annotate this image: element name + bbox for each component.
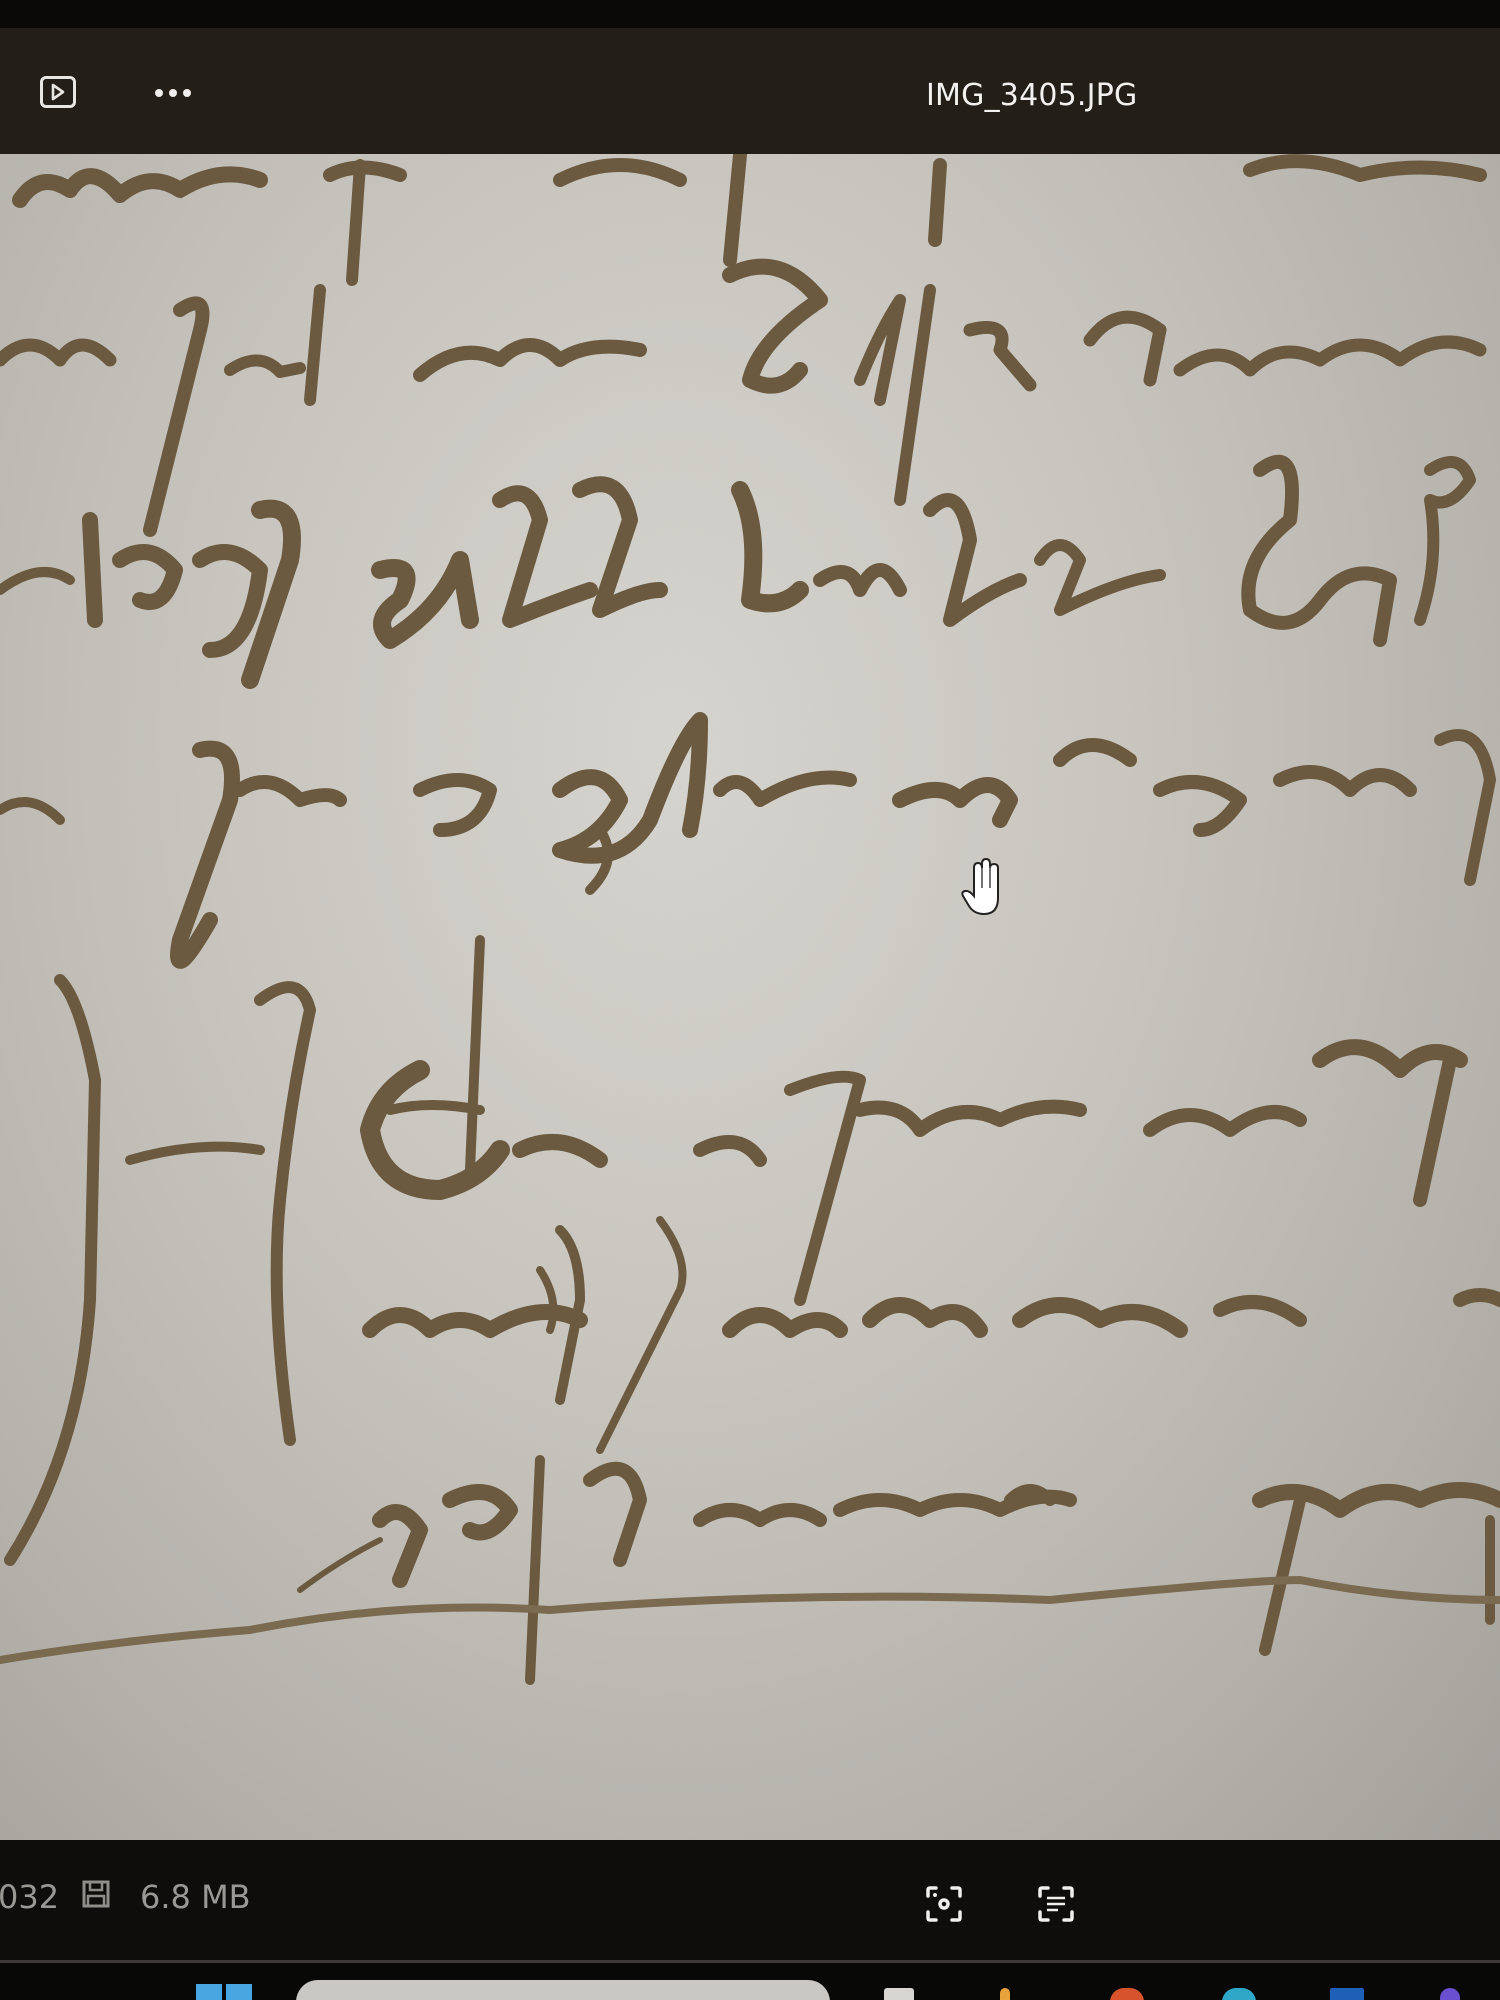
hand-cursor <box>960 858 1006 918</box>
manuscript-image <box>0 154 1500 1840</box>
slideshow-button[interactable] <box>36 72 80 112</box>
taskbar-search-box[interactable] <box>296 1980 830 2000</box>
more-options-icon-dot <box>169 89 177 97</box>
image-canvas[interactable] <box>0 154 1500 1840</box>
file-size: 6.8 MB <box>140 1878 251 1916</box>
scan-text-button[interactable] <box>1034 1884 1078 1924</box>
more-options-button[interactable] <box>148 78 198 108</box>
title-bar <box>0 28 1500 154</box>
taskbar-app-icon[interactable] <box>1000 1988 1010 2000</box>
screen-bezel <box>0 0 1500 28</box>
more-options-icon-dot <box>183 89 191 97</box>
visual-search-button[interactable] <box>922 1884 966 1924</box>
more-options-icon <box>155 89 163 97</box>
scan-text-icon <box>1036 1884 1076 1924</box>
image-dimensions: 032 <box>0 1878 59 1916</box>
windows-start-icon[interactable] <box>196 1984 252 2000</box>
file-name-title: IMG_3405.JPG <box>926 78 1137 113</box>
floppy-disk-icon <box>82 1880 110 1908</box>
taskbar-app-icon[interactable] <box>884 1988 914 2000</box>
slideshow-icon <box>40 76 76 108</box>
taskbar-app-icon[interactable] <box>1330 1988 1364 2000</box>
visual-search-icon <box>924 1884 964 1924</box>
